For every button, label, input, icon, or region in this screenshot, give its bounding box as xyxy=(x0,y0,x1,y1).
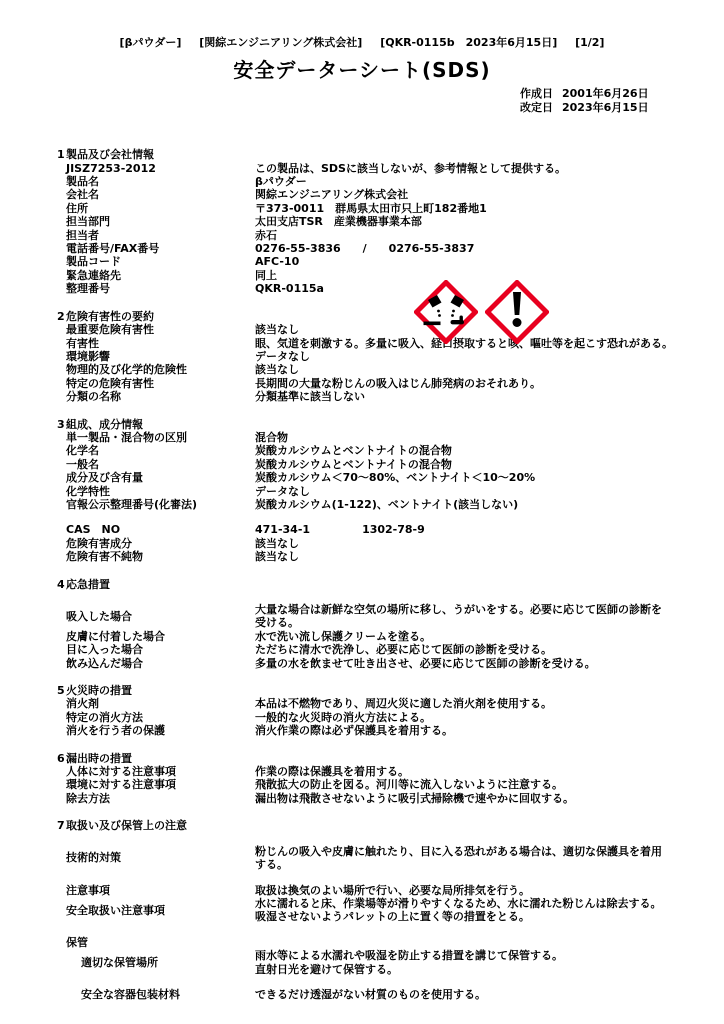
field-row: 人体に対する注意事項作業の際は保護具を着用する。 xyxy=(0,765,724,778)
field-label: 単一製品・混合物の区別 xyxy=(0,431,255,444)
field-row: 目に入った場合ただちに清水で洗浄し、必要に応じて医師の診断を受ける。 xyxy=(0,643,724,656)
field-row: 安全取扱い注意事項水に濡れると床、作業場等が滑りやすくなるため、水に濡れた粉じん… xyxy=(0,897,724,924)
field-label: 環境影響 xyxy=(0,350,255,363)
section-5: 5 火災時の措置消火剤本品は不燃物であり、周辺火災に適した消火剤を使用する。特定… xyxy=(0,684,724,738)
section-3: 3 組成、成分情報単一製品・混合物の区別混合物化学名炭酸カルシウムとベントナイト… xyxy=(0,418,724,564)
field-row: 特定の消火方法一般的な火災時の消火方法による。 xyxy=(0,711,724,724)
field-label: 安全な容器包装材料 xyxy=(0,988,255,1001)
field-value: 該当なし xyxy=(255,537,724,550)
field-value: 炭酸カルシウムとベントナイトの混合物 xyxy=(255,458,724,471)
field-row: 緊急連絡先同上 xyxy=(0,269,724,282)
section-title: 火災時の措置 xyxy=(66,684,132,697)
field-label: 住所 xyxy=(0,202,255,215)
section-title: 危険有害性の要約 xyxy=(66,310,154,323)
field-label: 有害性 xyxy=(0,337,255,350)
field-value-2: 1302-78-9 xyxy=(362,523,425,536)
section-7: 7 取扱い及び保管上の注意技術的対策粉じんの吸入や皮膚に触れたり、目に入る恐れが… xyxy=(0,819,724,1001)
ghs05-corrosion-icon xyxy=(414,280,478,344)
field-label: 整理番号 xyxy=(0,282,255,295)
field-label: 特定の危険有害性 xyxy=(0,377,255,390)
field-value: ただちに清水で洗浄し、必要に応じて医師の診断を受ける。 xyxy=(255,643,724,656)
field-label: 安全取扱い注意事項 xyxy=(0,904,255,917)
revised-date-line: 改定日 2023年6月15日 xyxy=(520,101,724,114)
field-label: 消火を行う者の保護 xyxy=(0,724,255,737)
field-row: 電話番号/FAX番号0276-55-3836 / 0276-55-3837 xyxy=(0,242,724,255)
field-label: 危険有害不純物 xyxy=(0,550,255,563)
field-value: 飛散拡大の防止を図る。河川等に流入しないように注意する。 xyxy=(255,778,724,791)
field-value: 作業の際は保護具を着用する。 xyxy=(255,765,724,778)
field-row: 皮膚に付着した場合水で洗い流し保護クリームを塗る。 xyxy=(0,630,724,643)
field-label: 特定の消火方法 xyxy=(0,711,255,724)
section-heading: 2 危険有害性の要約 xyxy=(0,310,724,323)
field-row: 製品名βパウダー xyxy=(0,175,724,188)
section-number: 5 xyxy=(57,684,66,697)
field-row: 物理的及び化学的危険性該当なし xyxy=(0,363,724,376)
field-row: 担当者赤石 xyxy=(0,229,724,242)
field-label: JISZ7253-2012 xyxy=(0,162,255,175)
field-label: 化学特性 xyxy=(0,485,255,498)
section-heading: 3 組成、成分情報 xyxy=(0,418,724,431)
field-row: 会社名関綜エンジニアリング株式会社 xyxy=(0,188,724,201)
field-label: 分類の名称 xyxy=(0,390,255,403)
section-title: 応急措置 xyxy=(66,578,110,591)
header-page-number: [1/2] xyxy=(575,36,604,49)
section-title: 製品及び会社情報 xyxy=(66,148,154,161)
page-header: [βパウダー] [関綜エンジニアリング株式会社] [QKR-0115b 2023… xyxy=(0,0,724,49)
field-row: JISZ7253-2012この製品は、SDSに該当しないが、参考情報として提供す… xyxy=(0,162,724,175)
field-value: 混合物 xyxy=(255,431,724,444)
field-value: 一般的な火災時の消火方法による。 xyxy=(255,711,724,724)
field-row: 技術的対策粉じんの吸入や皮膚に触れたり、目に入る恐れがある場合は、適切な保護具を… xyxy=(0,845,724,872)
section-number: 4 xyxy=(57,578,66,591)
field-row: 分類の名称分類基準に該当しない xyxy=(0,390,724,403)
field-value: 長期間の大量な粉じんの吸入はじん肺発病のおそれあり。 xyxy=(255,377,724,390)
field-row: 吸入した場合大量な場合は新鮮な空気の場所に移し、うがいをする。必要に応じて医師の… xyxy=(0,603,724,630)
field-value: 該当なし xyxy=(255,363,724,376)
field-value-1: 471-34-1 xyxy=(255,523,310,536)
field-row: 整理番号QKR-0115a xyxy=(0,282,724,295)
field-value: 水で洗い流し保護クリームを塗る。 xyxy=(255,630,724,643)
field-row: 環境影響データなし xyxy=(0,350,724,363)
field-row: 製品コードAFC-10 xyxy=(0,255,724,268)
section-1: 1 製品及び会社情報JISZ7253-2012この製品は、SDSに該当しないが、… xyxy=(0,148,724,295)
field-label: 除去方法 xyxy=(0,792,255,805)
field-row: 消火を行う者の保護消火作業の際は必ず保護具を着用する。 xyxy=(0,724,724,737)
field-value: 消火作業の際は必ず保護具を着用する。 xyxy=(255,724,724,737)
field-label: 電話番号/FAX番号 xyxy=(0,242,255,255)
field-label: 最重要危険有害性 xyxy=(0,323,255,336)
section-title: 取扱い及び保管上の注意 xyxy=(66,819,187,832)
field-value: この製品は、SDSに該当しないが、参考情報として提供する。 xyxy=(255,162,724,175)
section-number: 7 xyxy=(57,819,66,832)
field-label: 製品コード xyxy=(0,255,255,268)
created-date-label: 作成日 xyxy=(520,87,562,100)
field-value: 炭酸カルシウムとベントナイトの混合物 xyxy=(255,444,724,457)
field-label: 適切な保管場所 xyxy=(0,956,255,969)
field-label: 会社名 xyxy=(0,188,255,201)
field-value: できるだけ透湿がない材質のものを使用する。 xyxy=(255,988,724,1001)
field-row: 特定の危険有害性長期間の大量な粉じんの吸入はじん肺発病のおそれあり。 xyxy=(0,377,724,390)
field-row: 保管 xyxy=(0,936,724,949)
document-title: 安全データーシート(SDS) xyxy=(0,57,724,83)
field-row: 危険有害不純物該当なし xyxy=(0,550,724,563)
field-label: 成分及び含有量 xyxy=(0,471,255,484)
field-label: 危険有害成分 xyxy=(0,537,255,550)
field-value: 多量の水を飲ませて吐き出させ、必要に応じて医師の診断を受ける。 xyxy=(255,657,724,670)
revised-date-value: 2023年6月15日 xyxy=(562,101,649,114)
field-row: 飲み込んだ場合多量の水を飲ませて吐き出させ、必要に応じて医師の診断を受ける。 xyxy=(0,657,724,670)
section-title: 組成、成分情報 xyxy=(66,418,143,431)
section-heading: 6 漏出時の措置 xyxy=(0,752,724,765)
section-number: 1 xyxy=(57,148,66,161)
section-heading: 5 火災時の措置 xyxy=(0,684,724,697)
header-product-name: [βパウダー] xyxy=(120,36,182,49)
field-value: 本品は不燃物であり、周辺火災に適した消火剤を使用する。 xyxy=(255,697,724,710)
field-value: 取扱は換気のよい場所で行い、必要な局所排気を行う。 xyxy=(255,884,724,897)
section-heading: 7 取扱い及び保管上の注意 xyxy=(0,819,724,832)
sections: 1 製品及び会社情報JISZ7253-2012この製品は、SDSに該当しないが、… xyxy=(0,148,724,1001)
header-doc-ref: [QKR-0115b 2023年6月15日] xyxy=(380,36,557,49)
field-value: 大量な場合は新鮮な空気の場所に移し、うがいをする。必要に応じて医師の診断を 受け… xyxy=(255,603,724,630)
field-label: 吸入した場合 xyxy=(0,610,255,623)
field-value: 赤石 xyxy=(255,229,724,242)
field-label: 皮膚に付着した場合 xyxy=(0,630,255,643)
field-row: 注意事項取扱は換気のよい場所で行い、必要な局所排気を行う。 xyxy=(0,884,724,897)
field-label: 一般名 xyxy=(0,458,255,471)
sds-document-page: [βパウダー] [関綜エンジニアリング株式会社] [QKR-0115b 2023… xyxy=(0,0,724,1024)
section-2: 2 危険有害性の要約最重要危険有害性該当なし有害性眼、気道を刺激する。多量に吸入… xyxy=(0,310,724,404)
field-value: 粉じんの吸入や皮膚に触れたり、目に入る恐れがある場合は、適切な保護具を着用 する… xyxy=(255,845,724,872)
section-number: 3 xyxy=(57,418,66,431)
field-value: βパウダー xyxy=(255,175,724,188)
field-label: 物理的及び化学的危険性 xyxy=(0,363,255,376)
field-row: 安全な容器包装材料できるだけ透湿がない材質のものを使用する。 xyxy=(0,988,724,1001)
field-label: CAS NO xyxy=(0,523,255,536)
field-value: 0276-55-3836 / 0276-55-3837 xyxy=(255,242,724,255)
field-value: 漏出物は飛散させないように吸引式掃除機で速やかに回収する。 xyxy=(255,792,724,805)
field-value: データなし xyxy=(255,485,724,498)
ghs07-exclamation-icon xyxy=(485,280,549,344)
field-row: 危険有害成分該当なし xyxy=(0,537,724,550)
field-label: 製品名 xyxy=(0,175,255,188)
field-row: 担当部門太田支店TSR 産業機器事業本部 xyxy=(0,215,724,228)
revised-date-label: 改定日 xyxy=(520,101,562,114)
field-row: 最重要危険有害性該当なし xyxy=(0,323,724,336)
field-row: 有害性眼、気道を刺激する。多量に吸入、経口摂取すると咳、嘔吐等を起こす恐れがある… xyxy=(0,337,724,350)
field-value: 水に濡れると床、作業場等が滑りやすくなるため、水に濡れた粉じんは除去する。 吸湿… xyxy=(255,897,724,924)
field-label: 環境に対する注意事項 xyxy=(0,778,255,791)
field-label: 技術的対策 xyxy=(0,851,255,864)
field-value: 関綜エンジニアリング株式会社 xyxy=(255,188,724,201)
field-value: 該当なし xyxy=(255,550,724,563)
field-value: 炭酸カルシウム(1-122)、ベントナイト(該当しない) xyxy=(255,498,724,511)
field-value: データなし xyxy=(255,350,724,363)
field-label: 消火剤 xyxy=(0,697,255,710)
field-label: 飲み込んだ場合 xyxy=(0,657,255,670)
field-value: 雨水等による水濡れや吸湿を防止する措置を講じて保管する。 直射日光を避けて保管す… xyxy=(255,949,724,976)
field-row: 一般名炭酸カルシウムとベントナイトの混合物 xyxy=(0,458,724,471)
field-label: 保管 xyxy=(0,936,255,949)
field-label: 人体に対する注意事項 xyxy=(0,765,255,778)
section-heading: 4 応急措置 xyxy=(0,578,724,591)
field-value: AFC-10 xyxy=(255,255,724,268)
field-label: 担当部門 xyxy=(0,215,255,228)
field-value: 471-34-11302-78-9 xyxy=(255,523,724,536)
section-6: 6 漏出時の措置人体に対する注意事項作業の際は保護具を着用する。環境に対する注意… xyxy=(0,752,724,806)
field-row: 成分及び含有量炭酸カルシウム＜70～80%、ベントナイト＜10～20% xyxy=(0,471,724,484)
field-label: 担当者 xyxy=(0,229,255,242)
created-date-value: 2001年6月26日 xyxy=(562,87,649,100)
field-value: 炭酸カルシウム＜70～80%、ベントナイト＜10～20% xyxy=(255,471,724,484)
field-row: 住所〒373-0011 群馬県太田市只上町182番地1 xyxy=(0,202,724,215)
section-number: 6 xyxy=(57,752,66,765)
field-label: 官報公示整理番号(化審法) xyxy=(0,498,255,511)
ghs-pictograms xyxy=(414,280,549,344)
section-title: 漏出時の措置 xyxy=(66,752,132,765)
field-row: 適切な保管場所雨水等による水濡れや吸湿を防止する措置を講じて保管する。 直射日光… xyxy=(0,949,724,976)
field-row: CAS NO471-34-11302-78-9 xyxy=(0,523,724,536)
field-value: 分類基準に該当しない xyxy=(255,390,724,403)
field-label: 目に入った場合 xyxy=(0,643,255,656)
field-row: 消火剤本品は不燃物であり、周辺火災に適した消火剤を使用する。 xyxy=(0,697,724,710)
date-block: 作成日 2001年6月26日 改定日 2023年6月15日 xyxy=(520,87,724,114)
header-company-name: [関綜エンジニアリング株式会社] xyxy=(199,36,362,49)
section-number: 2 xyxy=(57,310,66,323)
created-date-line: 作成日 2001年6月26日 xyxy=(520,87,724,100)
field-row: 環境に対する注意事項飛散拡大の防止を図る。河川等に流入しないように注意する。 xyxy=(0,778,724,791)
field-row: 単一製品・混合物の区別混合物 xyxy=(0,431,724,444)
field-label: 化学名 xyxy=(0,444,255,457)
field-value: 太田支店TSR 産業機器事業本部 xyxy=(255,215,724,228)
section-heading: 1 製品及び会社情報 xyxy=(0,148,724,161)
field-row: 除去方法漏出物は飛散させないように吸引式掃除機で速やかに回収する。 xyxy=(0,792,724,805)
field-label: 緊急連絡先 xyxy=(0,269,255,282)
field-row: 化学名炭酸カルシウムとベントナイトの混合物 xyxy=(0,444,724,457)
field-value: 〒373-0011 群馬県太田市只上町182番地1 xyxy=(255,202,724,215)
field-label: 注意事項 xyxy=(0,884,255,897)
section-4: 4 応急措置吸入した場合大量な場合は新鮮な空気の場所に移し、うがいをする。必要に… xyxy=(0,578,724,670)
field-row: 化学特性データなし xyxy=(0,485,724,498)
field-row: 官報公示整理番号(化審法)炭酸カルシウム(1-122)、ベントナイト(該当しない… xyxy=(0,498,724,511)
